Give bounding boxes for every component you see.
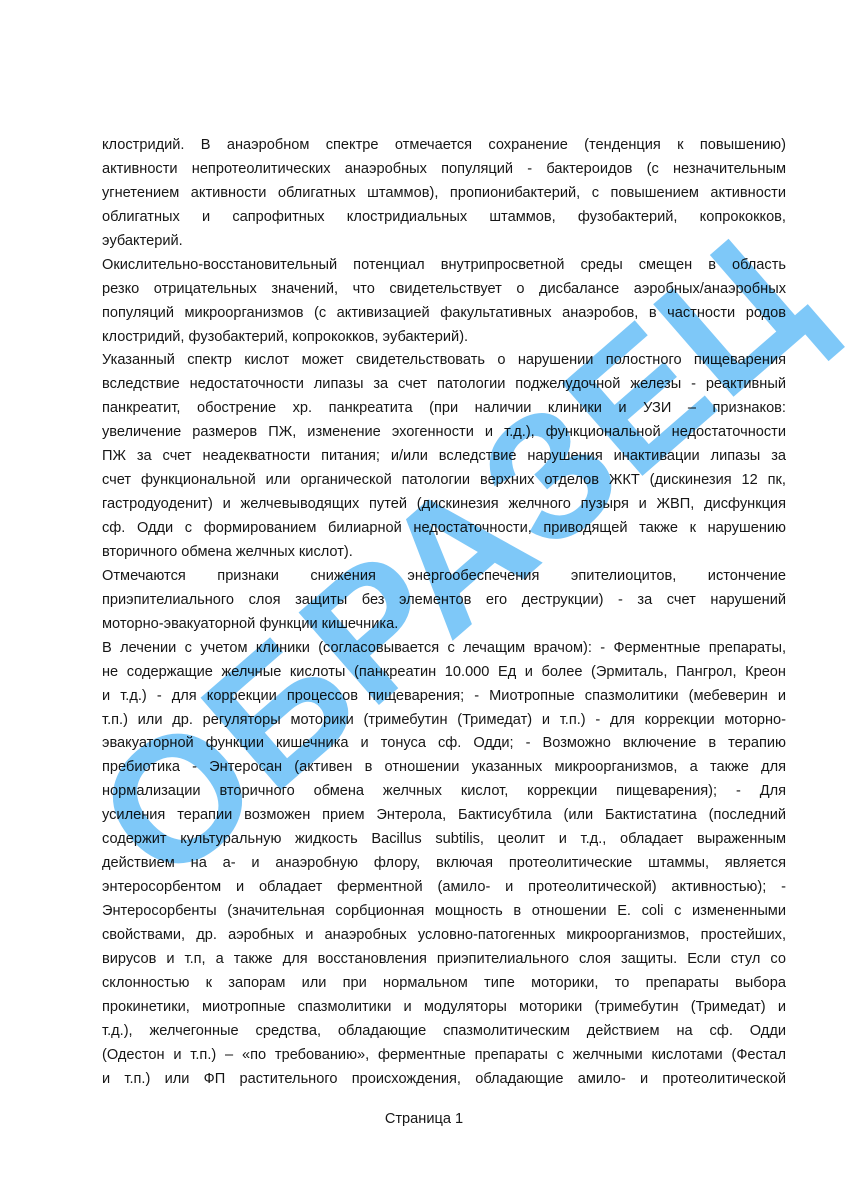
- text-line: вторичного обмена желчных кислот).: [102, 541, 786, 565]
- text-line: пребиотика - Энтеросан (активен в отноше…: [102, 756, 786, 780]
- text-line: облигатных и сапрофитных клостридиальных…: [102, 206, 786, 230]
- text-line: гастродуоденит) и желчевыводящих путей (…: [102, 493, 786, 517]
- text-line: увеличение размеров ПЖ, изменение эхоген…: [102, 421, 786, 445]
- page-number-footer: Страница 1: [0, 1111, 848, 1127]
- text-line: т.п.) или др. регуляторы моторики (триме…: [102, 709, 786, 733]
- text-line: склонностью к запорам или при нормальном…: [102, 972, 786, 996]
- paragraph: клостридий. В анаэробном спектре отмечае…: [102, 134, 786, 254]
- text-line: счет функциональной или органической пат…: [102, 469, 786, 493]
- text-line: клостридий. В анаэробном спектре отмечае…: [102, 134, 786, 158]
- text-line: моторно-эвакуаторной функции кишечника.: [102, 613, 786, 637]
- text-line: энтеросорбентом и обладает ферментной (а…: [102, 876, 786, 900]
- text-line: клостридий, фузобактерий, копрококков, э…: [102, 326, 786, 350]
- text-line: панкреатит, обострение хр. панкреатита (…: [102, 397, 786, 421]
- text-line: прокинетики, миотропные спазмолитики и м…: [102, 996, 786, 1020]
- text-line: сф. Одди с формированием билиарной недос…: [102, 517, 786, 541]
- text-line: эвакуаторной функции кишечника и тонуса …: [102, 732, 786, 756]
- text-line: вирусов и т.п, а также для восстановлени…: [102, 948, 786, 972]
- text-line: содержит культуральную жидкость Bacillus…: [102, 828, 786, 852]
- text-line: свойствами, др. аэробных и анаэробных ус…: [102, 924, 786, 948]
- text-line: и т.п.) или ФП растительного происхожден…: [102, 1068, 786, 1092]
- paragraph: Отмечаются признаки снижения энергообесп…: [102, 565, 786, 637]
- text-line: Отмечаются признаки снижения энергообесп…: [102, 565, 786, 589]
- text-line: В лечении с учетом клиники (согласовывае…: [102, 637, 786, 661]
- text-line: активности непротеолитических анаэробных…: [102, 158, 786, 182]
- text-line: не содержащие желчные кислоты (панкреати…: [102, 661, 786, 685]
- paragraph: В лечении с учетом клиники (согласовывае…: [102, 637, 786, 1092]
- text-line: (Одестон и т.п.) – «по требованию», ферм…: [102, 1044, 786, 1068]
- text-line: нормализации вторичного обмена желчных к…: [102, 780, 786, 804]
- text-line: угнетением активности облигатных штаммов…: [102, 182, 786, 206]
- paragraph: Указанный спектр кислот может свидетельс…: [102, 349, 786, 564]
- text-line: Окислительно-восстановительный потенциал…: [102, 254, 786, 278]
- paragraph: Окислительно-восстановительный потенциал…: [102, 254, 786, 350]
- text-line: действием на а- и анаэробную флору, вклю…: [102, 852, 786, 876]
- text-line: резко отрицательных значений, что свидет…: [102, 278, 786, 302]
- text-line: Энтеросорбенты (значительная сорбционная…: [102, 900, 786, 924]
- text-line: и т.д.) - для коррекции процессов пищева…: [102, 685, 786, 709]
- text-line: ПЖ за счет неадекватности питания; и/или…: [102, 445, 786, 469]
- text-line: приэпителиального слоя защиты без элемен…: [102, 589, 786, 613]
- text-line: Указанный спектр кислот может свидетельс…: [102, 349, 786, 373]
- text-line: усиления терапии возможен прием Энтерола…: [102, 804, 786, 828]
- text-line: популяций микроорганизмов (с активизацие…: [102, 302, 786, 326]
- text-line: вследствие недостаточности липазы за сче…: [102, 373, 786, 397]
- document-page: ОБРАЗЕЦ клостридий. В анаэробном спектре…: [0, 0, 848, 1199]
- text-line: эубактерий.: [102, 230, 786, 254]
- document-body: клостридий. В анаэробном спектре отмечае…: [102, 134, 786, 1092]
- text-line: т.д.), желчегонные средства, обладающие …: [102, 1020, 786, 1044]
